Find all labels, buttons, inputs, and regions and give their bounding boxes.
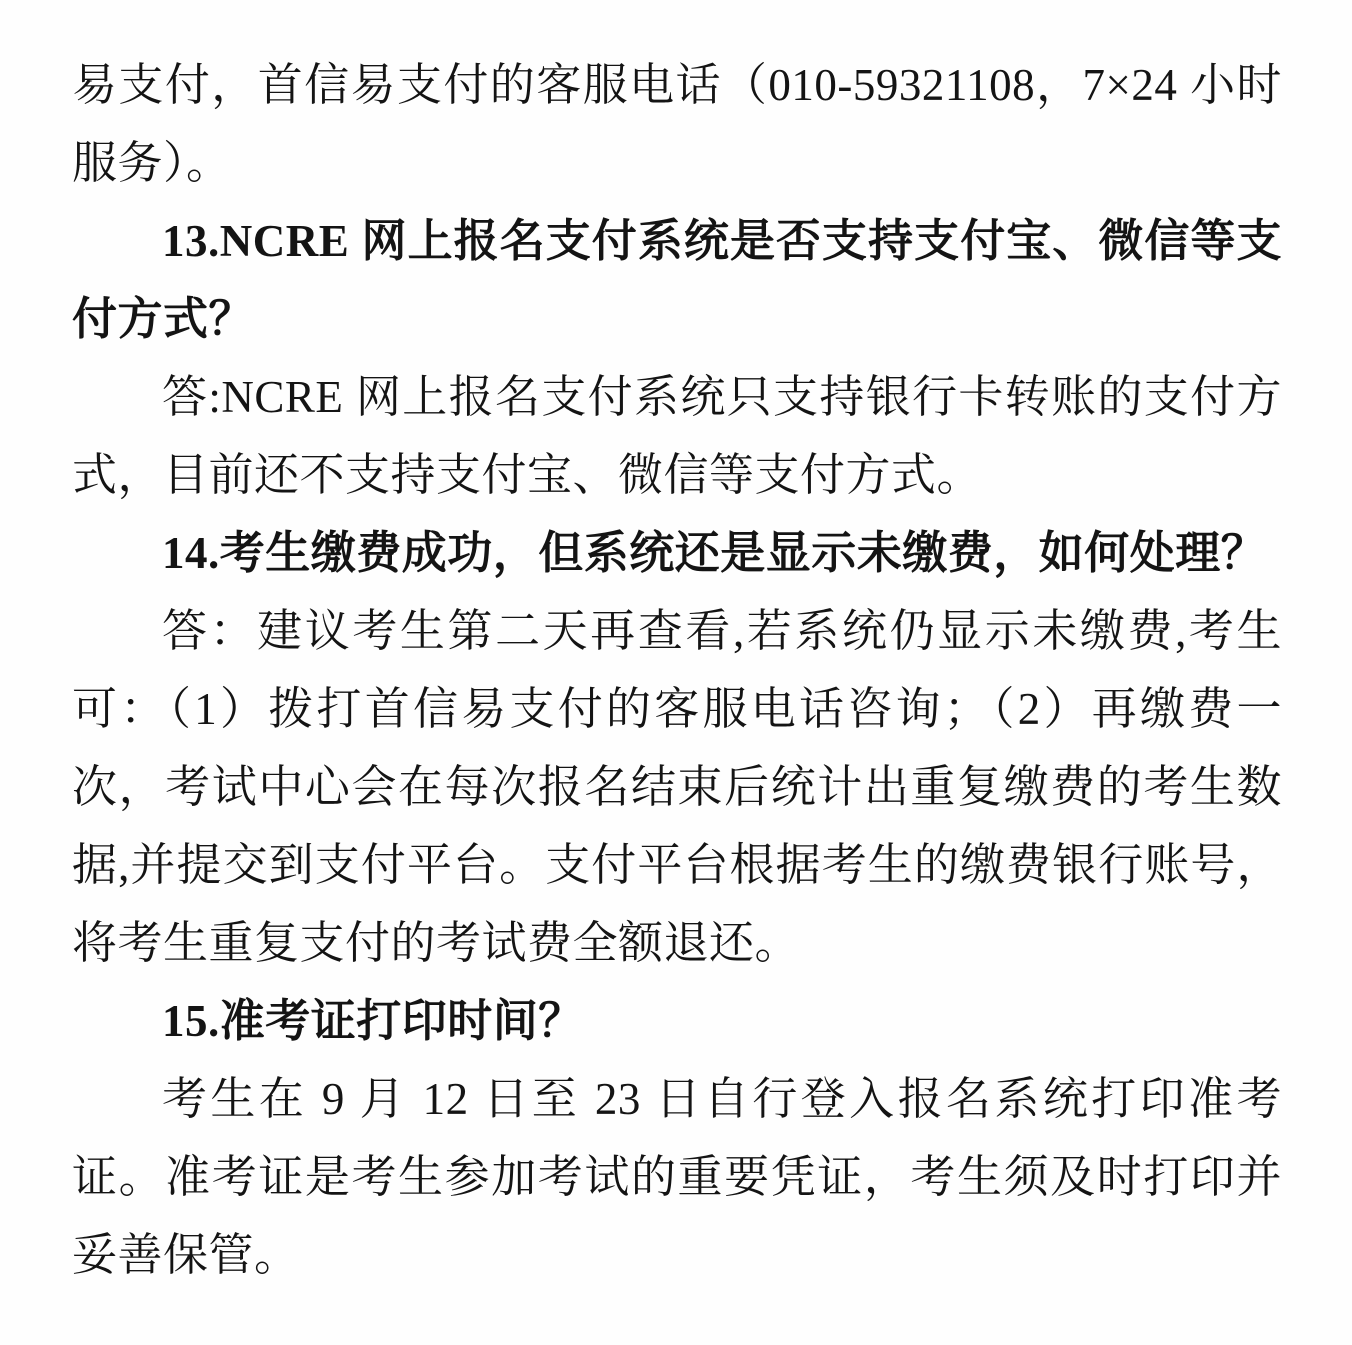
answer-15-paragraph: 考生在 9 月 12 日至 23 日自行登入报名系统打印准考证。准考证是考生参加…: [72, 1060, 1282, 1294]
document-page: 易支付，首信易支付的客服电话（010-59321108，7×24 小时服务）。 …: [0, 0, 1352, 1345]
answer-13-paragraph: 答:NCRE 网上报名支付系统只支持银行卡转账的支付方式，目前还不支持支付宝、微…: [72, 358, 1282, 514]
answer-14-paragraph: 答：建议考生第二天再查看,若系统仍显示未缴费,考生可：（1）拨打首信易支付的客服…: [72, 592, 1282, 982]
paragraph-continuation: 易支付，首信易支付的客服电话（010-59321108，7×24 小时服务）。: [72, 46, 1282, 202]
question-13-heading: 13.NCRE 网上报名支付系统是否支持支付宝、微信等支付方式？: [72, 202, 1282, 358]
question-15-heading: 15.准考证打印时间？: [72, 982, 1282, 1060]
question-14-heading: 14.考生缴费成功，但系统还是显示未缴费，如何处理？: [72, 514, 1282, 592]
